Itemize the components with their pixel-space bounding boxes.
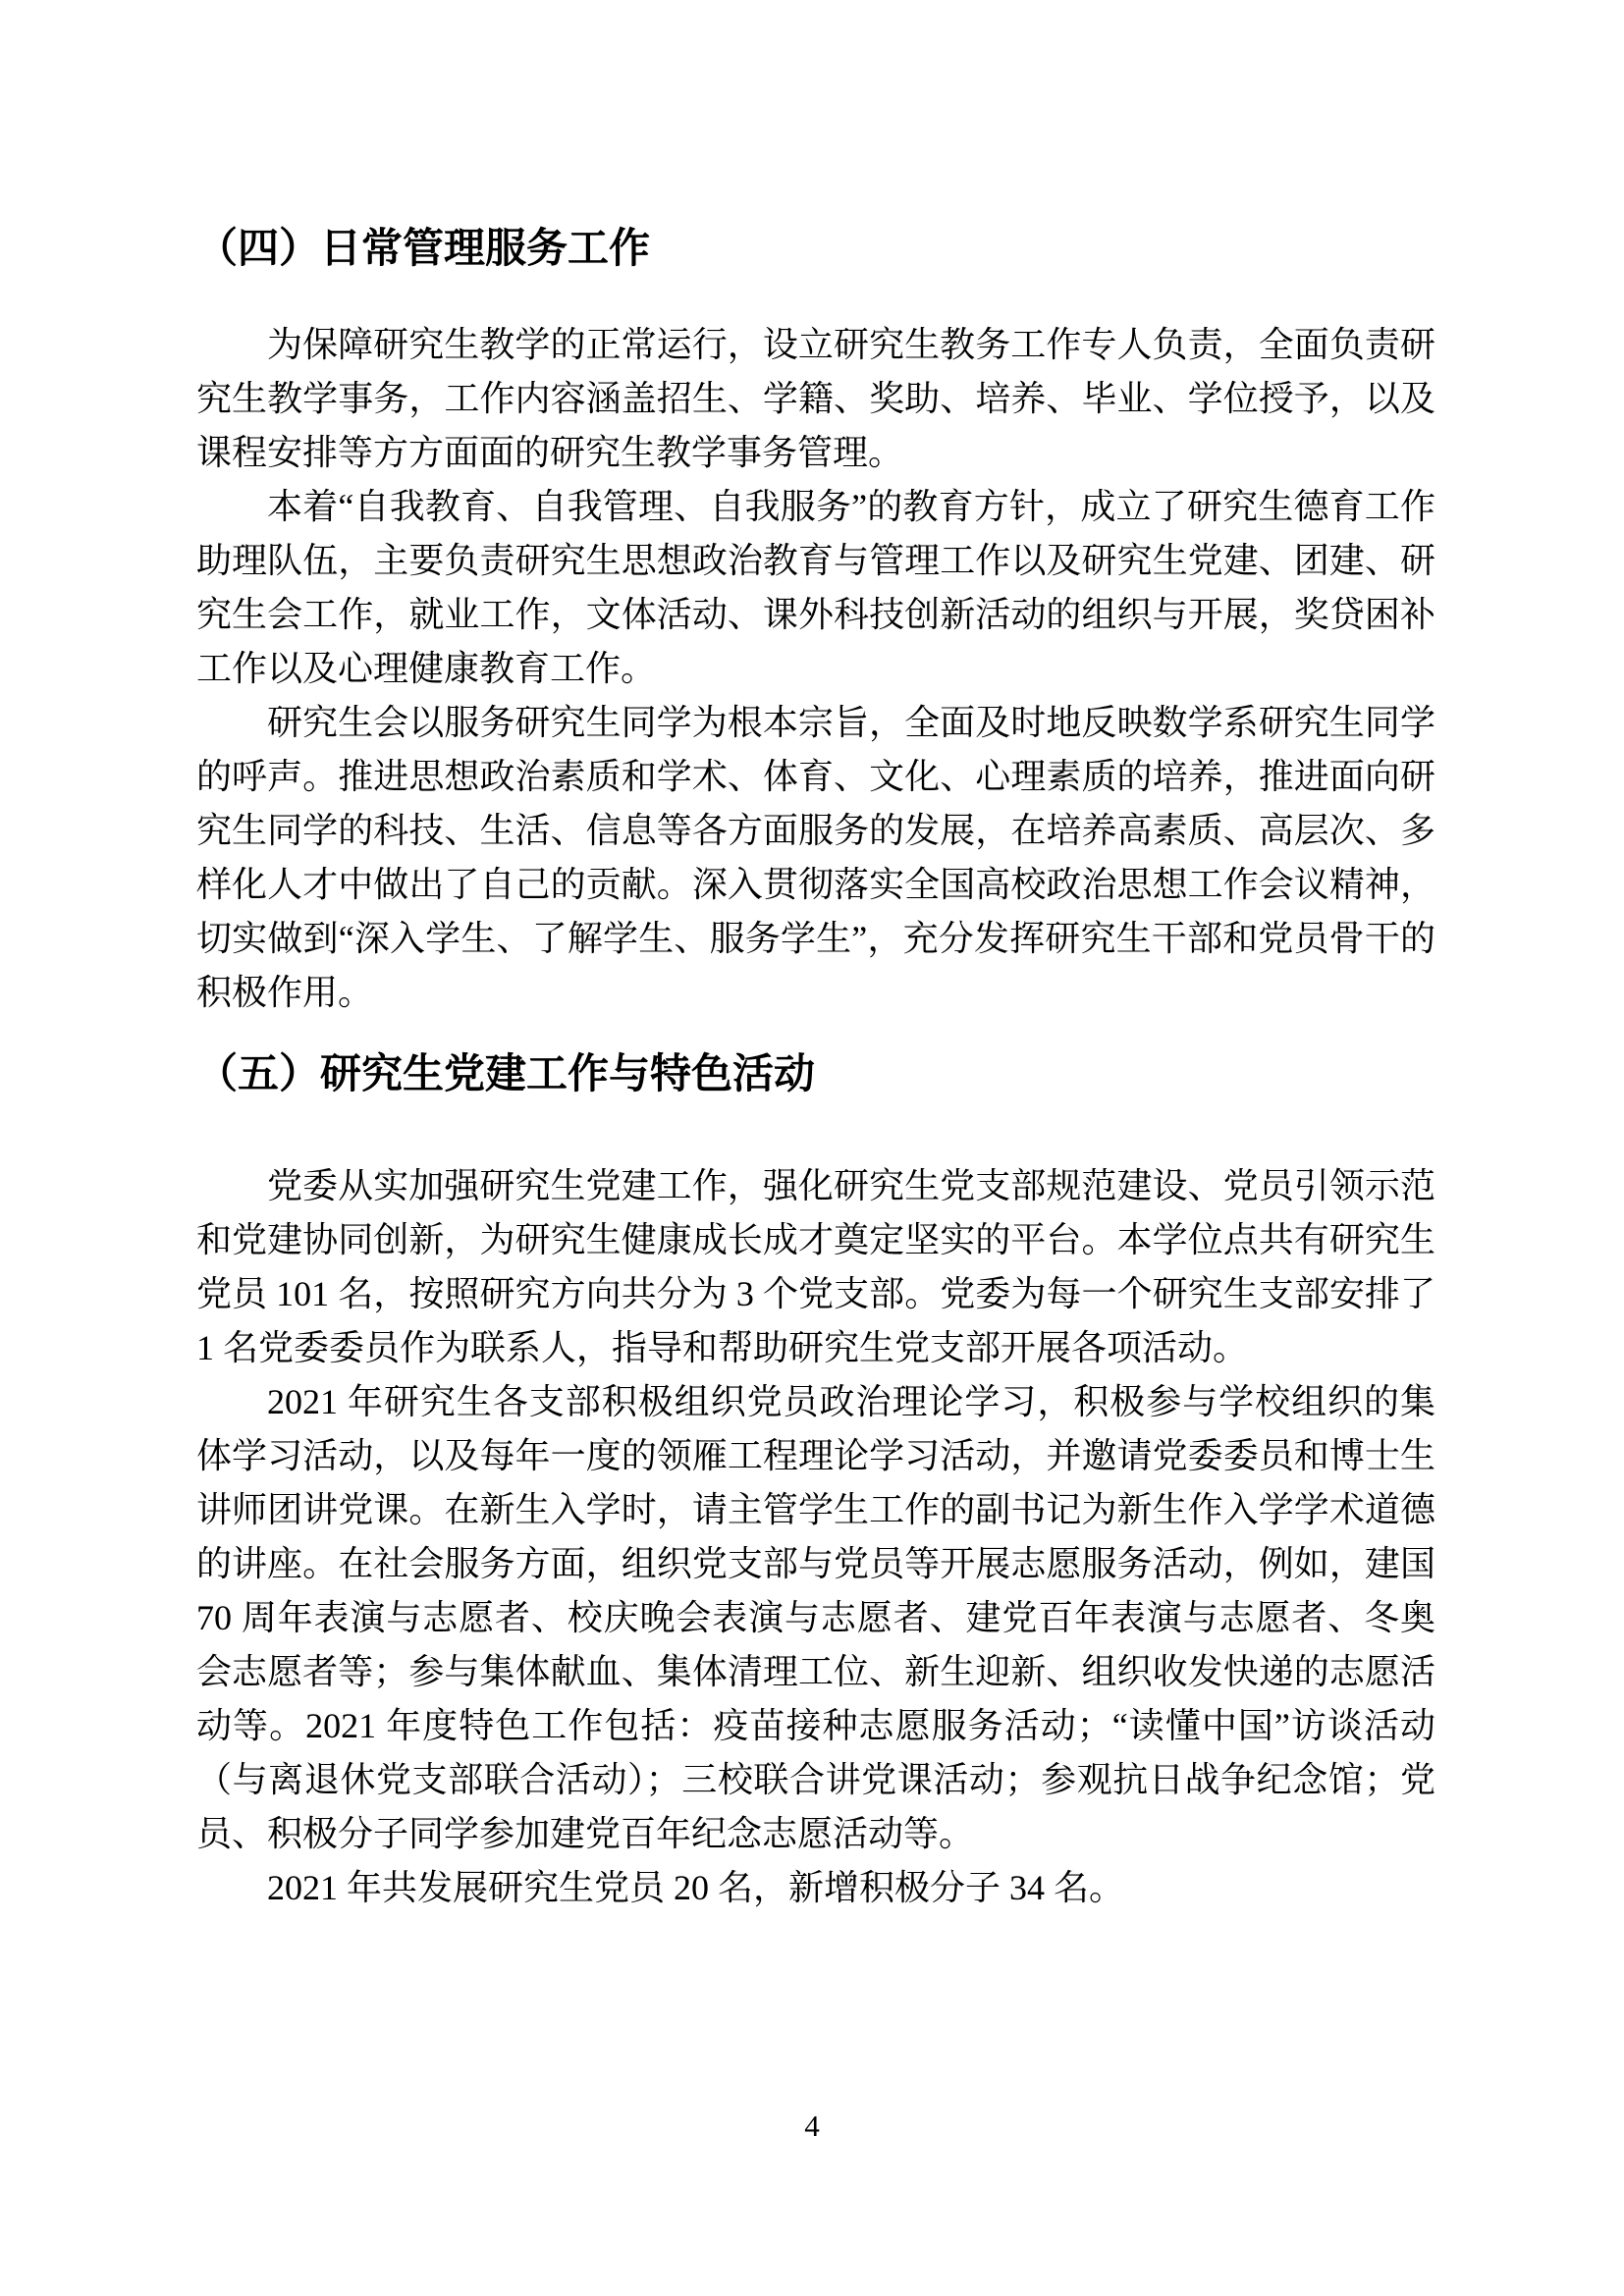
- paragraph-party-branches: 党委从实加强研究生党建工作，强化研究生党支部规范建设、党员引领示范和党建协同创新…: [196, 1159, 1435, 1375]
- paragraph-teaching-affairs: 为保障研究生教学的正常运行，设立研究生教务工作专人负责，全面负责研究生教学事务，…: [196, 318, 1435, 480]
- paragraph-moral-education-team: 本着“自我教育、自我管理、自我服务”的教育方针，成立了研究生德育工作助理队伍，主…: [196, 480, 1435, 696]
- page-content: （四）日常管理服务工作 为保障研究生教学的正常运行，设立研究生教务工作专人负责，…: [196, 0, 1435, 1915]
- paragraph-2021-new-members: 2021 年共发展研究生党员 20 名，新增积极分子 34 名。: [196, 1861, 1435, 1915]
- section-heading-daily-management: （四）日常管理服务工作: [196, 224, 1435, 273]
- paragraph-2021-activities: 2021 年研究生各支部积极组织党员政治理论学习，积极参与学校组织的集体学习活动…: [196, 1375, 1435, 1861]
- document-page: （四）日常管理服务工作 为保障研究生教学的正常运行，设立研究生教务工作专人负责，…: [0, 0, 1624, 2296]
- paragraph-graduate-union: 研究生会以服务研究生同学为根本宗旨，全面及时地反映数学系研究生同学的呼声。推进思…: [196, 696, 1435, 1020]
- page-number: 4: [0, 2109, 1624, 2144]
- section-heading-party-building: （五）研究生党建工作与特色活动: [196, 1049, 1435, 1098]
